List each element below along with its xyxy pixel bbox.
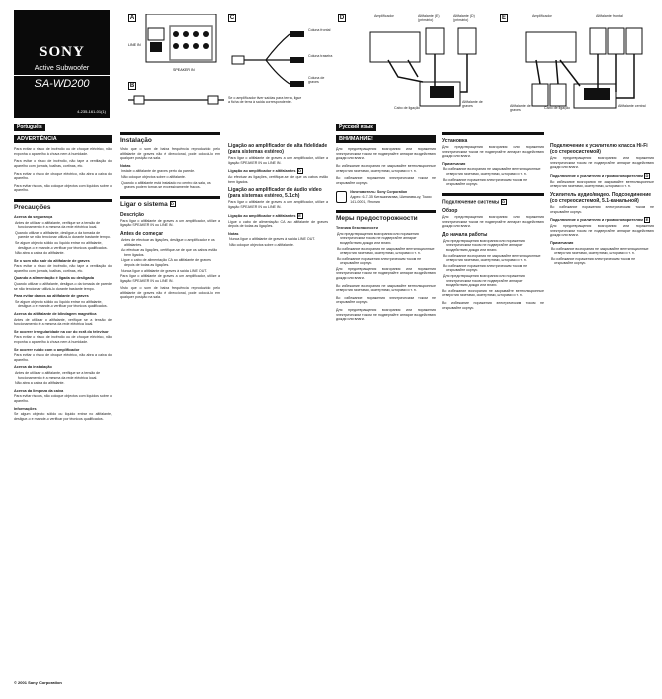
- warning-text: Para evitar o risco de choque eléctrico,…: [14, 172, 112, 181]
- figure-d: D Amplificador Altifalante (E) (primário…: [338, 14, 488, 114]
- section-divider: [120, 196, 220, 199]
- bullet-item: Для предотвращения возгорания или пораже…: [442, 239, 544, 253]
- body-text: Во избежание возгорания не закрывайте ве…: [336, 284, 436, 293]
- pt-column-3: Ligação ao amplificador de alta fidelida…: [228, 140, 328, 249]
- cable-label: Coluna traseira: [308, 54, 333, 58]
- body-text: Visto que o som de baixa frequência repr…: [120, 286, 220, 300]
- figure-label: B: [128, 82, 136, 90]
- subsection-title: Acerca da instalação: [14, 365, 112, 370]
- figure-badge: E: [644, 217, 650, 223]
- subsection-title: Quando a alimentação é ligada ou desliga…: [14, 276, 112, 281]
- warning-heading: ВНИМАНИЕ!: [336, 135, 436, 144]
- bullet-item: Во избежание возгорания не закрывайте ве…: [336, 247, 436, 256]
- body-text: Для предотвращения возгорания или пораже…: [442, 145, 544, 159]
- section-title: Ligação ao amplificador de alta fidelida…: [228, 143, 328, 155]
- cable-diagram: [126, 90, 226, 112]
- figure-badge: D: [501, 199, 507, 205]
- manufacturer-info: Изготовитель: Sony Corporation Адрес: 6-…: [336, 190, 436, 204]
- brand-logo: SONY: [14, 44, 110, 61]
- subsection-title: Ligação ao amplificador e altifalantes E: [228, 213, 328, 219]
- body-text: Para ligar o altifalante de graves a um …: [120, 274, 220, 283]
- body-text: Во избежание возгорания не закрывайте ве…: [442, 289, 544, 298]
- rear-panel-diagram: LINE IN SPEAKER IN: [128, 14, 223, 74]
- section-title: Усилитель аудио/видео. Подсоединение (со…: [550, 192, 654, 204]
- section-divider: [120, 132, 220, 135]
- section-title: Instalação: [120, 137, 220, 145]
- model-name: SA-WD200: [14, 78, 110, 90]
- body-text: Para evitar o risco de choque eléctrico,…: [14, 353, 112, 362]
- subsection-title: Подключение к усилителю и громкоговорите…: [550, 217, 654, 223]
- bullet-item: Во избежание поражения электрическим ток…: [442, 264, 544, 273]
- figure-note: Se o amplificador tiver saídas para terr…: [228, 96, 303, 105]
- figure-e: E Amplificador Altifalante frontal Altif…: [500, 14, 660, 114]
- bullet-item: Для предотвращения возгорания или пораже…: [442, 274, 544, 288]
- bullet-item: Ligue o cabo de alimentação CA ao altifa…: [120, 258, 220, 267]
- bullet-item: Se algum objecto sólido ou líquido entra…: [14, 241, 112, 250]
- section-divider: [336, 210, 436, 213]
- body-text: Para evitar o risco de incêndio ou de ch…: [14, 335, 112, 344]
- body-text: Для предотвращения возгорания или пораже…: [442, 215, 544, 229]
- bullet-item: Во избежание поражения электрическим ток…: [550, 257, 654, 266]
- bullet-item: Во избежание поражения электрическим ток…: [336, 257, 436, 266]
- subsection-title: Acerca da limpeza da caixa: [14, 389, 112, 394]
- subsection-title: Antes de começar: [120, 231, 220, 237]
- figure-label: A: [128, 14, 136, 22]
- subsection-title: Se ocorrer irregularidade na cor do ecrã…: [14, 330, 112, 335]
- copyright: © 2001 Sony Corporation: [14, 680, 62, 685]
- svg-text:SPEAKER IN: SPEAKER IN: [173, 68, 195, 72]
- section-title: Precauções: [14, 204, 112, 212]
- subsection-title: До начала работы: [442, 232, 544, 238]
- bullet-item: Antes de utilizar o altifalante, verifiq…: [14, 371, 112, 380]
- language-tag: Русский язык: [336, 124, 376, 131]
- subsection-title: Обзор: [442, 208, 544, 214]
- body-text: Для предотвращения возгорания или пораже…: [336, 308, 436, 322]
- body-text: Para ligar o altifalante de graves a um …: [120, 219, 220, 228]
- manufacturer-address: Адрес: 6-7-35 Киташинагава, Шинагава-ку,…: [350, 195, 436, 204]
- cable-label: Coluna de graves: [308, 76, 333, 85]
- section-divider: [442, 132, 544, 135]
- bullet-item: Во избежание возгорания не закрывайте ве…: [442, 167, 544, 176]
- part-code: 4-235-161-01(1): [77, 109, 106, 114]
- connect-title: Ligar o sistema: [120, 201, 168, 208]
- bullet-item: Não abra a caixa do altifalante.: [14, 251, 112, 256]
- cable-label: Cabo de ligação: [544, 106, 584, 110]
- body-text: Во избежание поражения электрическим ток…: [442, 301, 544, 310]
- section-divider: [442, 193, 544, 196]
- notes-title: Notas: [228, 232, 328, 237]
- bullet-item: Quando o altifalante está instalado no c…: [120, 181, 220, 190]
- body-text: Para ligar o altifalante de graves a um …: [228, 156, 328, 165]
- bullet-item: Во избежание возгорания не закрывайте ве…: [442, 254, 544, 263]
- body-text: Ao efectuar as ligações, certifique-se d…: [228, 175, 328, 184]
- subsection-title: Informações: [14, 407, 112, 412]
- subsection-label: Ligação ao amplificador e altifalantes: [228, 169, 296, 173]
- amp-label: Amplificador: [374, 14, 394, 18]
- ru-column-3: Подключение к усилителю класса Hi-Fi (со…: [550, 140, 654, 267]
- section-title: Подключение к усилителю класса Hi-Fi (со…: [550, 143, 654, 155]
- body-text: Во избежание возгорания не закрывайте ве…: [550, 180, 654, 189]
- subsection-label: Ligação ao amplificador e altifalantes: [228, 214, 296, 218]
- subsection-label: Подключение к усилителю и громкоговорите…: [550, 218, 643, 222]
- section-title: Установка: [442, 138, 544, 144]
- bullet-item: Во избежание поражения электрическим ток…: [442, 178, 544, 187]
- warning-heading: ADVERTÊNCIA: [14, 135, 112, 144]
- section-title: Меры предосторожности: [336, 215, 436, 223]
- figure-c: C Coluna frontal Coluna traseira Coluna …: [228, 14, 333, 114]
- section-title: Ligação ao amplificador de áudio vídeo (…: [228, 187, 328, 199]
- warning-text: Para evitar riscos, não coloque objectos…: [14, 184, 112, 193]
- notes-title: Примечания: [442, 162, 544, 167]
- language-tag: Português: [14, 124, 45, 131]
- bullet-item: Não abra a caixa do altifalante.: [14, 381, 112, 386]
- surround-connection-diagram: [500, 22, 660, 112]
- figure-label: D: [338, 14, 346, 22]
- subsection-title: Подключение к усилителю и громкоговорите…: [550, 173, 654, 179]
- bullet-item: Nunca ligue o altifalante de graves à sa…: [228, 237, 328, 242]
- ru-column-2: Установка Для предотвращения возгорания …: [442, 132, 544, 313]
- warning-text: Для предотвращения возгорания или пораже…: [336, 147, 436, 161]
- cable-label: Coluna frontal: [308, 28, 333, 32]
- cover-block: SONY Active Subwoofer SA-WD200 4-235-161…: [14, 10, 110, 118]
- figure-a: A LINE IN SPEAKER IN: [128, 14, 223, 74]
- bullet-item: Não coloque objectos sobre o altifalante…: [228, 243, 328, 248]
- cable-label: Cabo de ligação: [394, 106, 434, 110]
- body-text: Quando utilizar o altifalante, desligue-…: [14, 282, 112, 291]
- body-text: Antes de utilizar o altifalante, verifiq…: [14, 318, 112, 327]
- body-text: Во избежание поражения электрическим ток…: [336, 296, 436, 305]
- figure-badge: D: [297, 168, 303, 174]
- bullet-item: Antes de efectuar as ligações, desligue …: [120, 238, 220, 247]
- body-text: Para evitar o risco de incêndio, não tap…: [14, 264, 112, 273]
- body-text: Для предотвращения возгорания или пораже…: [550, 156, 654, 170]
- body-text: Para ligar o altifalante de graves a um …: [228, 200, 328, 209]
- pt-column-1: Português ADVERTÊNCIA Para evitar o risc…: [14, 124, 112, 424]
- figure-badge: D: [170, 201, 176, 207]
- notes-title: Примечания: [550, 241, 654, 246]
- figure-b: B: [128, 82, 223, 104]
- speaker-label: Altifalante frontal: [596, 14, 656, 18]
- body-text: Для предотвращения возгорания или пораже…: [336, 267, 436, 281]
- ru-column-1: Русский язык ВНИМАНИЕ! Для предотвращени…: [336, 124, 436, 325]
- bullet-item: Não coloque objectos sobre o altifalante…: [120, 175, 220, 180]
- warning-text: Para evitar o risco de incêndio, não tap…: [14, 159, 112, 168]
- warning-text: Para evitar o risco de incêndio ou de ch…: [14, 147, 112, 156]
- body-text: Во избежание поражения электрическим ток…: [550, 205, 654, 214]
- body-text: Se algum objecto sólido ou líquido entra…: [14, 412, 112, 421]
- subwoofer-label: Altifalante de graves: [510, 104, 534, 113]
- figure-badge: D: [644, 173, 650, 179]
- section-title: Ligar o sistema D: [120, 201, 220, 209]
- section-divider: [14, 199, 112, 202]
- body-text: Para evitar riscos, não coloque objectos…: [14, 394, 112, 403]
- subwoofer-label: Altifalante de graves: [462, 100, 488, 109]
- subsection-title: Техника безопасности: [336, 226, 436, 231]
- warning-text: Во избежание возгорания не закрывайте ве…: [336, 164, 436, 173]
- divider: [14, 75, 110, 76]
- pt-column-2: Instalação Visto que o som de baixa freq…: [120, 132, 220, 303]
- subsection-label: Подключение к усилителю и громкоговорите…: [550, 174, 643, 178]
- subsection-title: Acerca do altifalante de blindagem magné…: [14, 312, 112, 317]
- bullet-item: Se algum objecto sólido ou líquido entra…: [14, 300, 112, 309]
- bullet-item: Quando utilizar o altifalante, desligue-…: [14, 231, 112, 240]
- bullet-item: Во избежание возгорания не закрывайте ве…: [550, 247, 654, 256]
- body-text: Для предотвращения возгорания или пораже…: [550, 224, 654, 238]
- connect-title: Подключение системы: [442, 199, 499, 205]
- product-subtitle: Active Subwoofer: [14, 65, 110, 72]
- line-in-label: LINE IN: [128, 43, 141, 47]
- figure-label: E: [500, 14, 508, 22]
- figure-label: C: [228, 14, 236, 22]
- subsection-title: Se o som não sair do altifalante de grav…: [14, 259, 112, 264]
- subsection-title: Acerca da segurança: [14, 215, 112, 220]
- body-text: Ligue o cabo de alimentação CA ao altifa…: [228, 220, 328, 229]
- notes-title: Notas: [120, 164, 220, 169]
- subsection-title: Para evitar danos ao altifalante de grav…: [14, 294, 112, 299]
- service-icon: [336, 191, 347, 203]
- bullet-item: Ao efectuar as ligações, certifique-se d…: [120, 248, 220, 257]
- bullet-item: Nunca ligue o altifalante de graves à sa…: [120, 269, 220, 274]
- subsection-title: Se ocorrer ruído com o amplificador: [14, 348, 112, 353]
- bullet-item: Instale o altifalante de graves perto da…: [120, 169, 220, 174]
- amp-label: Amplificador: [532, 14, 552, 18]
- warning-text: Во избежание поражения электрическим ток…: [336, 176, 436, 185]
- figure-badge: E: [297, 213, 303, 219]
- subsection-title: Ligação ao amplificador e altifalantes D: [228, 168, 328, 174]
- bullet-item: Для предотвращения возгорания или пораже…: [336, 232, 436, 246]
- speaker-label: Altifalante central: [618, 104, 658, 108]
- subsection-title: Descrição: [120, 212, 220, 218]
- body-text: Visto que o som de baixa frequência repr…: [120, 147, 220, 161]
- section-title: Подключение системы D: [442, 199, 544, 205]
- bullet-item: Antes de utilizar o altifalante, verifiq…: [14, 221, 112, 230]
